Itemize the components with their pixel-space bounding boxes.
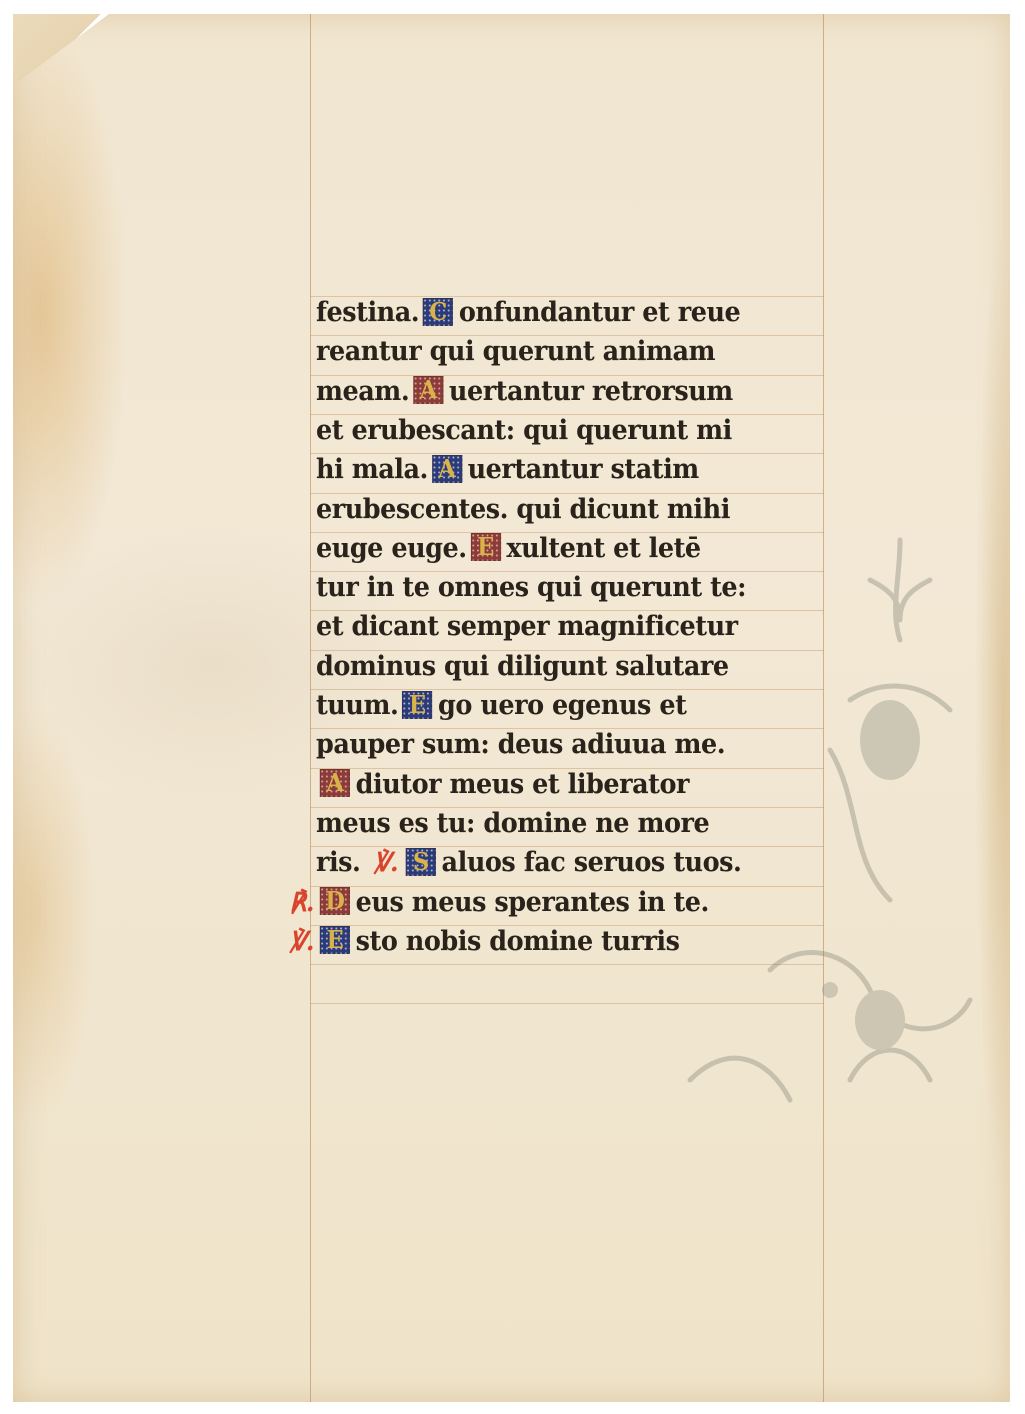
text-line: tuum.Ego uero egenus et [316, 689, 826, 728]
text-line: meus es tu: domine ne more [316, 807, 826, 846]
text-span: euge euge. [316, 533, 467, 564]
illuminated-initial-c: C [423, 298, 453, 326]
text-line: tur in te omnes qui querunt te: [316, 571, 826, 610]
rubric-versicle-mark: ℣. [290, 925, 314, 959]
text-span: hi mala. [316, 454, 428, 485]
text-line: et dicant semper magnificetur [316, 610, 826, 649]
text-line: et erubescant: qui querunt mi [316, 414, 826, 453]
text-span: uertantur statim [468, 454, 699, 485]
illuminated-initial-e: E [402, 691, 432, 719]
text-span: onfundantur et reue [459, 297, 740, 328]
text-span: meam. [316, 376, 409, 407]
text-line: ℣.Esto nobis domine turris [316, 925, 826, 964]
text-line: ris.℣.Saluos fac seruos tuos. [316, 846, 826, 885]
text-span: go uero egenus et [438, 690, 686, 721]
illuminated-initial-a: A [413, 376, 443, 404]
text-line: Adiutor meus et liberator [316, 768, 826, 807]
text-line: euge euge.Exultent et letē [316, 532, 826, 571]
text-span: aluos fac seruos tuos. [442, 847, 742, 878]
text-span: et dicant semper magnificetur [316, 611, 738, 642]
illuminated-initial-a: A [432, 455, 462, 483]
text-span: festina. [316, 297, 419, 328]
text-span: uertantur retrorsum [449, 376, 733, 407]
text-span: meus es tu: domine ne more [316, 808, 709, 839]
text-line: pauper sum: deus adiuua me. [316, 728, 826, 767]
text-line: festina.Confundantur et reue [316, 296, 826, 335]
text-line: dominus qui diligunt salutare [316, 650, 826, 689]
illuminated-initial-s: S [406, 848, 436, 876]
text-span: reantur qui querunt animam [316, 336, 715, 367]
rubric-versicle-mark: ℟. [290, 886, 314, 920]
illuminated-initial-e: E [470, 533, 500, 561]
illuminated-initial-e: E [320, 926, 350, 954]
text-span: et erubescant: qui querunt mi [316, 415, 732, 446]
text-span: eus meus sperantes in te. [356, 887, 709, 918]
text-span: dominus qui diligunt salutare [316, 651, 729, 682]
text-line: meam.Auertantur retrorsum [316, 375, 826, 414]
text-span: pauper sum: deus adiuua me. [316, 729, 725, 760]
text-span: tuum. [316, 690, 398, 721]
text-span: tur in te omnes qui querunt te: [316, 572, 746, 603]
text-line: hi mala.Auertantur statim [316, 453, 826, 492]
text-span: xultent et letē [506, 533, 700, 564]
illuminated-initial-a: A [320, 769, 350, 797]
rubric-versicle-mark: ℣. [374, 848, 398, 878]
text-line: reantur qui querunt animam [316, 335, 826, 374]
illuminated-initial-d: D [320, 887, 350, 915]
text-span: ris. [316, 847, 360, 878]
text-line: erubescentes. qui dicunt mihi [316, 493, 826, 532]
text-span: erubescentes. qui dicunt mihi [316, 494, 730, 525]
text-span: diutor meus et liberator [356, 769, 689, 800]
text-span: sto nobis domine turris [356, 926, 680, 957]
text-line: ℟.Deus meus sperantes in te. [316, 886, 826, 925]
ruling-line-left [310, 14, 311, 1402]
